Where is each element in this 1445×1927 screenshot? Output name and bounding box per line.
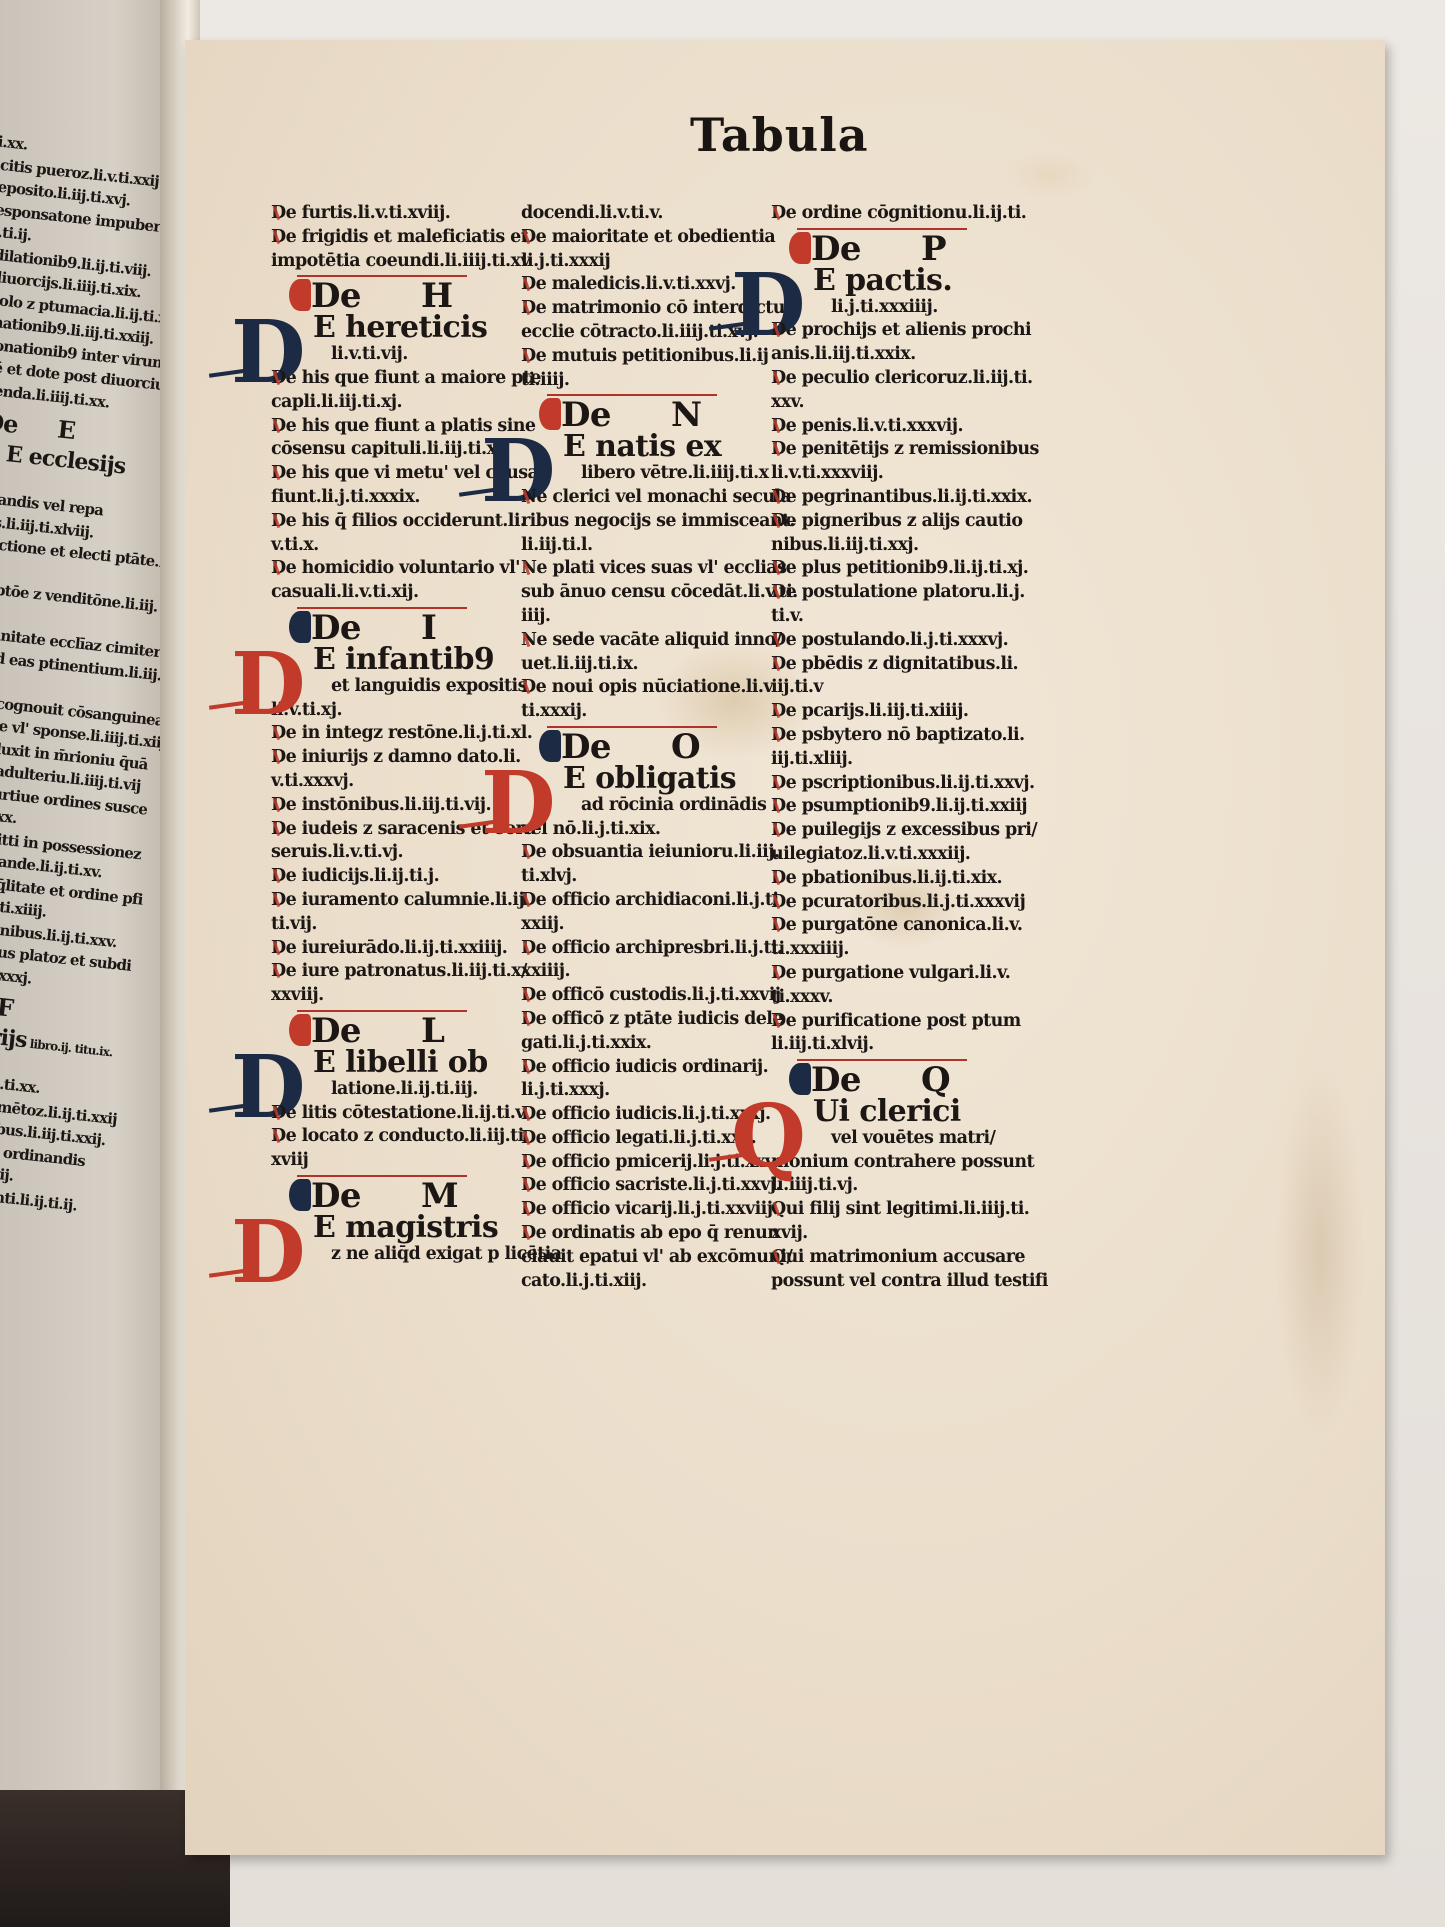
- index-entry: De prochijs et alienis prochi: [771, 319, 1086, 343]
- page-title-text: Tabula: [690, 108, 869, 162]
- index-entry-text: e iuramento calumnie.li.ij.: [286, 890, 530, 910]
- side-note: libro.ij.: [26, 1036, 72, 1055]
- index-entry: De pscriptionibus.li.ij.ti.xxvj.: [771, 772, 1086, 796]
- index-entry: possunt vel contra illud testifi: [771, 1270, 1086, 1294]
- rubricated-capital: D: [521, 677, 536, 697]
- rubricated-capital: D: [771, 439, 786, 459]
- index-entry: Qui matrimonium accusare: [771, 1246, 1086, 1270]
- section-title: E pactis.: [813, 264, 952, 298]
- section-subtitle: libero vētre.li.iiij.ti.x: [581, 462, 769, 486]
- rubricated-capital: D: [771, 511, 786, 531]
- rubricated-capital: D: [521, 890, 536, 910]
- section-subtitle: li.j.ti.xxxiiij.: [831, 296, 938, 320]
- rubricated-capital: D: [271, 203, 286, 223]
- rubricated-capital: D: [771, 820, 786, 840]
- index-entry: xxv.: [771, 391, 1086, 415]
- index-entry-text: ui filij sint legitimi.li.iiij.ti.: [786, 1199, 1030, 1219]
- side-note: titu.ix.: [71, 1041, 114, 1059]
- rubricated-capital: D: [271, 1103, 286, 1123]
- index-entry-text: e clerici vel monachi secula: [536, 487, 791, 507]
- index-entry-text: e officio vicarij.li.j.ti.xxviij.: [536, 1199, 778, 1219]
- index-entry-text: e pcarijs.li.iij.ti.xiiij.: [786, 701, 969, 721]
- index-entry-text: e purgatōne canonica.li.v.: [786, 915, 1023, 935]
- index-entry-text: e plus petitionib9.li.ij.ti.xj.: [786, 558, 1029, 578]
- rubricated-capital: D: [771, 701, 786, 721]
- rubricated-capital: D: [771, 892, 786, 912]
- index-entry: De pbēdis z dignitatibus.li.: [771, 653, 1086, 677]
- rubricated-capital: D: [771, 487, 786, 507]
- section-subtitle: latione.li.ij.ti.iij.: [331, 1078, 478, 1102]
- index-entry-text: e officō z ptāte iudicis dele: [536, 1009, 783, 1029]
- rubricated-capital: D: [521, 1104, 536, 1124]
- rubricated-capital: D: [521, 842, 536, 862]
- index-entry: De ordine cōgnitionu.li.ij.ti.: [771, 202, 1086, 226]
- index-entry-text: e pbationibus.li.ij.ti.xix.: [786, 868, 1002, 888]
- index-entry-text: e maledicis.li.v.ti.xxvj.: [536, 274, 736, 294]
- decorated-initial: D: [481, 432, 555, 512]
- rubricated-capital: D: [271, 938, 286, 958]
- section-subtitle: li.v.ti.vij.: [331, 343, 408, 367]
- index-column-3: De ordine cōgnitionu.li.ij.ti.DePDE pact…: [771, 202, 1086, 1293]
- rubricated-capital: D: [271, 227, 286, 247]
- index-entry: monium contrahere possunt: [771, 1151, 1086, 1175]
- index-entry-text: e purgatione vulgari.li.v.: [786, 963, 1011, 983]
- index-entry-text: e homicidio voluntario vl': [286, 558, 520, 578]
- index-entry: De psbytero nō baptizato.li.: [771, 724, 1086, 748]
- index-entry-text: e psbytero nō baptizato.li.: [786, 725, 1025, 745]
- rubricated-capital: D: [771, 963, 786, 983]
- index-entry-text: e prochijs et alienis prochi: [786, 320, 1031, 340]
- index-entry: De postulando.li.j.ti.xxxvj.: [771, 629, 1086, 653]
- index-entry: li.v.ti.xxxviij.: [771, 462, 1086, 486]
- rubricated-capital: D: [771, 558, 786, 578]
- index-entry: De purgatōne canonica.li.v.: [771, 914, 1086, 938]
- index-entry: De peculio clericoruz.li.iij.ti.: [771, 367, 1086, 391]
- rubricated-capital: D: [271, 511, 286, 531]
- index-entry-text: e pscriptionibus.li.ij.ti.xxvj.: [786, 773, 1035, 793]
- rubricated-capital: D: [271, 819, 286, 839]
- section-subtitle: et languidis expositis: [331, 675, 527, 699]
- decorated-initial: D: [231, 1048, 305, 1128]
- index-entry-text: e postulatione platoru.li.j.: [786, 582, 1025, 602]
- index-entry-text: e iure patronatus.li.iij.ti.x/: [286, 961, 527, 981]
- index-entry-text: e puilegijs z excessibus pri/: [786, 820, 1038, 840]
- index-entry: li.iiij.ti.vj.: [771, 1174, 1086, 1198]
- index-entry-text: e noui opis nūciatione.li.v: [536, 677, 773, 697]
- rubricated-capital: D: [521, 346, 536, 366]
- index-entry: De pbationibus.li.ij.ti.xix.: [771, 867, 1086, 891]
- rubricated-capital: D: [271, 558, 286, 578]
- rubricated-capital: D: [771, 796, 786, 816]
- rubricated-capital: D: [521, 1199, 536, 1219]
- section-title: E magistris: [313, 1211, 498, 1245]
- rubricated-capital: D: [521, 1175, 536, 1195]
- index-entry-text: e penitētijs z remissionibus: [786, 439, 1039, 459]
- section-title: Ui clerici: [813, 1095, 961, 1129]
- index-entry-text: e officio iudicis ordinarij.: [536, 1057, 769, 1077]
- section-title: E infantib9: [313, 643, 494, 677]
- rubricated-capital: D: [771, 868, 786, 888]
- index-entry: nibus.li.iij.ti.xxj.: [771, 534, 1086, 558]
- section-opening: QUi clericivel vouētes matri/: [771, 1103, 1086, 1151]
- index-entry-text: e maioritate et obedientia: [536, 227, 776, 247]
- index-entry-text: e pigneribus z alijs cautio: [786, 511, 1023, 531]
- rubricated-capital: D: [771, 416, 786, 436]
- section-subtitle: ad rōcinia ordinādis: [581, 794, 766, 818]
- rubricated-capital: D: [521, 298, 536, 318]
- index-entry: ti.v.: [771, 605, 1086, 629]
- rubricated-capital: Q: [771, 1199, 786, 1219]
- index-entry: ti.xxxiiij.: [771, 938, 1086, 962]
- index-entry: De psumptionib9.li.ij.ti.xxiij: [771, 795, 1086, 819]
- index-entry-text: e psumptionib9.li.ij.ti.xxiij: [786, 796, 1027, 816]
- index-entry: De penis.li.v.ti.xxxvij.: [771, 415, 1086, 439]
- index-entry-text: e pcuratoribus.li.j.ti.xxxvij: [786, 892, 1026, 912]
- section-title: E hereticis: [313, 311, 487, 345]
- decorated-initial: D: [231, 313, 305, 393]
- index-entry-text: e obsuantia ieiunioru.li.iij.: [536, 842, 780, 862]
- section-title: E libelli ob: [313, 1046, 488, 1080]
- rubricated-capital: D: [271, 723, 286, 743]
- index-entry-text: e ordine cōgnitionu.li.ij.ti.: [786, 203, 1027, 223]
- rubricated-capital: D: [271, 1126, 286, 1146]
- rubricated-capital: D: [771, 915, 786, 935]
- rubricated-capital: D: [271, 463, 286, 483]
- rubricated-capital: D: [521, 985, 536, 1005]
- index-entry-text: e pegrinantibus.li.ij.ti.xxix.: [786, 487, 1032, 507]
- index-entry-text: e locato z conducto.li.iij.ti.: [286, 1126, 530, 1146]
- index-entry: De pcarijs.li.iij.ti.xiiij.: [771, 700, 1086, 724]
- index-entry-text: e officō custodis.li.j.ti.xxvij: [536, 985, 781, 1005]
- heading-letter: F: [0, 992, 15, 1023]
- index-entry-text: e postulando.li.j.ti.xxxvj.: [786, 630, 1009, 650]
- rubricated-capital: N: [521, 630, 536, 650]
- rubricated-capital: N: [521, 487, 536, 507]
- index-entry-text: ui matrimonium accusare: [786, 1247, 1025, 1267]
- index-entry: Qui filij sint legitimi.li.iiij.ti.: [771, 1198, 1086, 1222]
- rubricated-capital: D: [521, 1128, 536, 1148]
- index-entry: De pigneribus z alijs cautio: [771, 510, 1086, 534]
- index-entry-text: e iudicijs.li.ij.ti.j.: [286, 866, 440, 886]
- verso-text-block: li.xx.licitis pueroz.li.v.ti.xxijdeposit…: [0, 130, 168, 1214]
- index-entry: De penitētijs z remissionibus: [771, 438, 1086, 462]
- index-entry: ti.xxxv.: [771, 986, 1086, 1010]
- rubricated-capital: D: [521, 1057, 536, 1077]
- index-entry-text: e iureiurādo.li.ij.ti.xxiiij.: [286, 938, 508, 958]
- rubricated-capital: Q: [771, 1247, 786, 1267]
- paper-repair: [1005, 150, 1095, 200]
- index-entry: De plus petitionib9.li.ij.ti.xj.: [771, 557, 1086, 581]
- index-entry: De purgatione vulgari.li.v.: [771, 962, 1086, 986]
- index-entry: iij.ti.xliij.: [771, 748, 1086, 772]
- index-entry-text: e pbēdis z dignitatibus.li.: [786, 654, 1018, 674]
- section-subtitle: vel vouētes matri/: [831, 1127, 995, 1151]
- rubricated-capital: D: [271, 747, 286, 767]
- rubricated-capital: D: [521, 227, 536, 247]
- index-entry: De pegrinantibus.li.ij.ti.xxix.: [771, 486, 1086, 510]
- rubricated-capital: D: [521, 274, 536, 294]
- photo-background: li.xx.licitis pueroz.li.v.ti.xxijdeposit…: [0, 0, 1445, 1927]
- index-entry: De pcuratoribus.li.j.ti.xxxvij: [771, 891, 1086, 915]
- index-entry-text: e furtis.li.v.ti.xviij.: [286, 203, 451, 223]
- heading-letter: E: [56, 414, 76, 445]
- rubricated-capital: D: [521, 1009, 536, 1029]
- index-entry-text: e in integz restōne.li.j.ti.xl.: [286, 723, 533, 743]
- page-title: Tabula: [690, 108, 869, 162]
- index-entry: xvij.: [771, 1222, 1086, 1246]
- rubricated-capital: D: [771, 773, 786, 793]
- index-entry-text: e officio legati.li.j.ti.xxx.: [536, 1128, 756, 1148]
- index-entry: anis.li.iij.ti.xxix.: [771, 343, 1086, 367]
- index-entry: De puilegijs z excessibus pri/: [771, 819, 1086, 843]
- rubricated-capital: D: [771, 1011, 786, 1031]
- index-entry-text: e penis.li.v.ti.xxxvij.: [786, 416, 963, 436]
- index-entry-text: e ordinatis ab epo q̄ renun: [536, 1223, 780, 1243]
- rubricated-capital: D: [771, 368, 786, 388]
- index-entry-text: e his que fiunt a maiore pte: [286, 368, 541, 388]
- index-entry-text: e sede vacāte aliquid inno/: [536, 630, 781, 650]
- index-entry-text: e plati vices suas vl' ecclias: [536, 558, 786, 578]
- decorated-initial: Q: [731, 1097, 805, 1177]
- rubricated-capital: D: [271, 866, 286, 886]
- index-entry: uilegiatoz.li.v.ti.xxxiij.: [771, 843, 1086, 867]
- rubricated-capital: D: [271, 890, 286, 910]
- decorated-initial: D: [231, 645, 305, 725]
- section-opening: DE pactis.li.j.ti.xxxiiij.: [771, 272, 1086, 320]
- rubricated-capital: D: [771, 725, 786, 745]
- index-entry-text: e officio archidiaconi.li.j.ti: [536, 890, 779, 910]
- index-entry: li.iij.ti.xlvij.: [771, 1033, 1086, 1057]
- index-entry: De postulatione platoru.li.j.: [771, 581, 1086, 605]
- index-entry-text: e officio archipresbri.li.j.ti.: [536, 938, 783, 958]
- rubricated-capital: D: [771, 582, 786, 602]
- rubricated-capital: D: [771, 203, 786, 223]
- decorated-initial: D: [231, 1213, 305, 1293]
- index-entry-text: e purificatione post ptum: [786, 1011, 1021, 1031]
- index-entry-text: e instōnibus.li.iij.ti.vij.: [286, 795, 491, 815]
- rubricated-capital: D: [771, 320, 786, 340]
- rubricated-capital: D: [521, 938, 536, 958]
- rubricated-capital: D: [521, 1223, 536, 1243]
- rubricated-capital: D: [271, 961, 286, 981]
- rubricated-capital: D: [771, 654, 786, 674]
- index-entry-text: e frigidis et maleficiatis et: [286, 227, 529, 247]
- index-entry: iij.ti.v: [771, 676, 1086, 700]
- recto-page: Tabula De furtis.li.v.ti.xviij.De frigid…: [185, 40, 1385, 1855]
- rubricated-capital: D: [521, 1152, 536, 1172]
- rubricated-capital: D: [271, 795, 286, 815]
- rubricated-capital: D: [271, 368, 286, 388]
- heading-de: De: [0, 407, 19, 439]
- decorated-initial: D: [481, 764, 555, 844]
- index-entry-text: e litis cōtestatione.li.ij.ti.v.: [286, 1103, 529, 1123]
- rubricated-capital: D: [271, 416, 286, 436]
- index-entry: De purificatione post ptum: [771, 1010, 1086, 1034]
- decorated-initial: D: [731, 266, 805, 346]
- section-title: E obligatis: [563, 762, 736, 796]
- rubricated-capital: N: [521, 558, 536, 578]
- section-title: E natis ex: [563, 430, 721, 464]
- rubricated-capital: D: [771, 630, 786, 650]
- index-entry-text: e peculio clericoruz.li.iij.ti.: [786, 368, 1033, 388]
